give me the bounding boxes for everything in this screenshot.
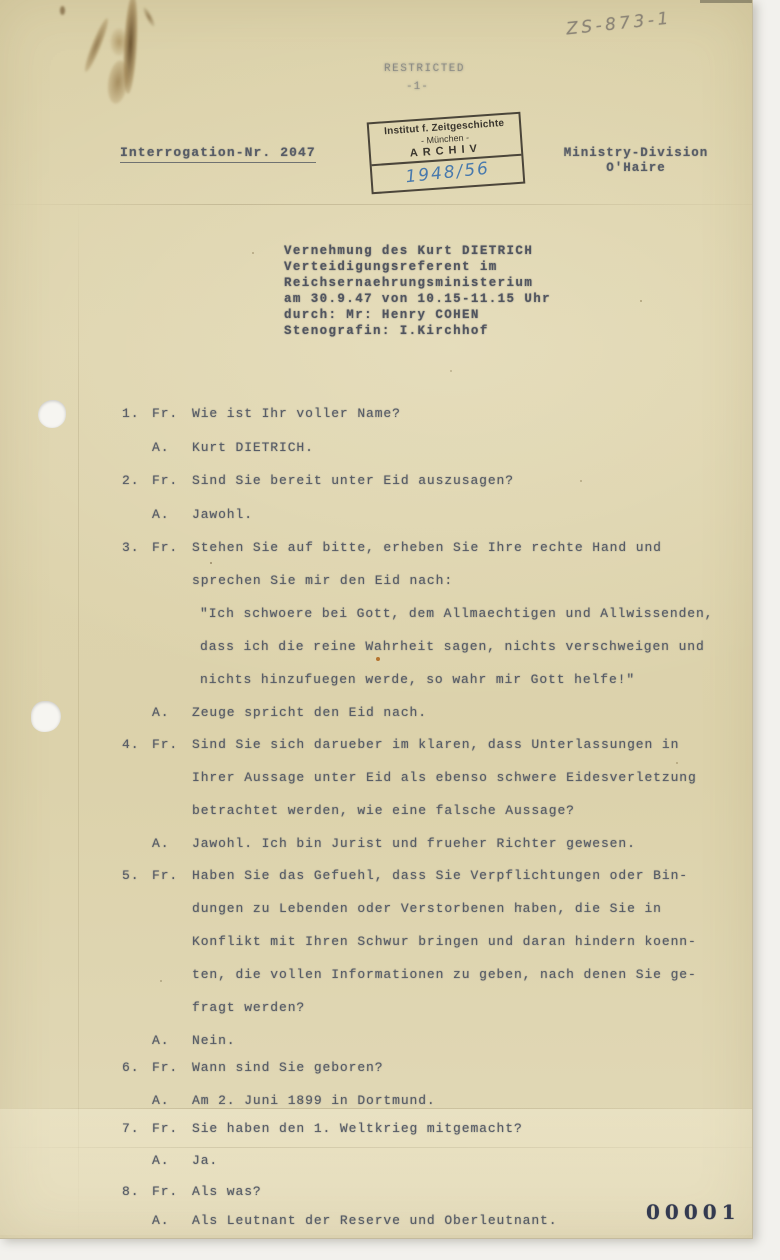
qa-answer-line: A.Zeuge spricht den Eid nach. — [122, 705, 427, 720]
oath-text: nichts hinzufuegen werde, so wahr mir Go… — [200, 672, 635, 687]
oath-text: dass ich die reine Wahrheit sagen, nicht… — [200, 639, 705, 654]
question-label: Fr. — [152, 1184, 192, 1199]
question-text: betrachtet werden, wie eine falsche Auss… — [192, 803, 575, 818]
answer-number-spacer — [122, 1093, 152, 1108]
qa-answer-line: A.Jawohl. — [122, 507, 253, 522]
fold-crease — [78, 200, 79, 1238]
header-line-stenographer: Stenografin: I.Kirchhof — [284, 323, 551, 339]
qa-answer-line: A.Ja. — [122, 1153, 218, 1168]
question-text: Sind Sie sich darueber im klaren, dass U… — [192, 737, 679, 752]
question-number: 2. — [122, 473, 152, 488]
ministry-division-line2: O'Haire — [551, 161, 721, 176]
paper-specks — [0, 0, 2, 2]
ink-stain — [60, 6, 65, 15]
qa-question-line: 5.Fr.Haben Sie das Gefuehl, dass Sie Ver… — [122, 868, 688, 883]
ink-stain — [110, 28, 128, 56]
answer-number-spacer — [122, 507, 152, 522]
qa-oath-line: dass ich die reine Wahrheit sagen, nicht… — [200, 639, 705, 654]
answer-label: A. — [152, 836, 192, 851]
scanned-document: ZS-873-1 RESTRICTED -1- Interrogation-Nr… — [0, 0, 780, 1260]
qa-oath-line: "Ich schwoere bei Gott, dem Allmaechtige… — [200, 606, 713, 621]
header-line-role: Verteidigungsreferent im — [284, 259, 551, 275]
qa-question-line: 4.Fr.Sind Sie sich darueber im klaren, d… — [122, 737, 679, 752]
question-label: Fr. — [152, 473, 192, 488]
question-text: Wie ist Ihr voller Name? — [192, 406, 401, 421]
qa-answer-line: A.Am 2. Juni 1899 in Dortmund. — [122, 1093, 436, 1108]
question-number: 7. — [122, 1121, 152, 1136]
question-text: Stehen Sie auf bitte, erheben Sie Ihre r… — [192, 540, 662, 555]
question-text: Ihrer Aussage unter Eid als ebenso schwe… — [192, 770, 697, 785]
page-marker: -1- — [406, 81, 429, 93]
answer-number-spacer — [122, 1033, 152, 1048]
qa-answer-line: A.Jawohl. Ich bin Jurist und frueher Ric… — [122, 836, 636, 851]
qa-question-line: 3.Fr.Stehen Sie auf bitte, erheben Sie I… — [122, 540, 662, 555]
punch-hole — [38, 400, 66, 428]
question-label: Fr. — [152, 868, 192, 883]
answer-text: Kurt DIETRICH. — [192, 440, 314, 455]
question-text: ten, die vollen Informationen zu geben, … — [192, 967, 697, 982]
qa-question-line: dungen zu Lebenden oder Verstorbenen hab… — [192, 901, 662, 916]
qa-question-line: sprechen Sie mir den Eid nach: — [192, 573, 453, 588]
answer-label: A. — [152, 507, 192, 522]
handwritten-archive-ref: ZS-873-1 — [565, 9, 672, 40]
answer-text: Jawohl. — [192, 507, 253, 522]
qa-question-line: 2.Fr.Sind Sie bereit unter Eid auszusage… — [122, 473, 514, 488]
answer-number-spacer — [122, 836, 152, 851]
header-line-ministry: Reichsernaehrungsministerium — [284, 275, 551, 291]
answer-number-spacer — [122, 440, 152, 455]
interrogation-number: Interrogation-Nr. 2047 — [120, 145, 316, 163]
answer-label: A. — [152, 705, 192, 720]
qa-answer-line: A.Kurt DIETRICH. — [122, 440, 314, 455]
ink-stain — [81, 16, 111, 73]
answer-text: Zeuge spricht den Eid nach. — [192, 705, 427, 720]
qa-question-line: ten, die vollen Informationen zu geben, … — [192, 967, 697, 982]
question-number: 6. — [122, 1060, 152, 1075]
question-label: Fr. — [152, 1060, 192, 1075]
oath-text: "Ich schwoere bei Gott, dem Allmaechtige… — [200, 606, 713, 621]
fold-crease — [0, 204, 752, 205]
header-line-datetime: am 30.9.47 von 10.15-11.15 Uhr — [284, 291, 551, 307]
punch-hole — [31, 701, 61, 732]
scan-edge-artifact — [700, 0, 752, 3]
header-line-subject: Vernehmung des Kurt DIETRICH — [284, 243, 551, 259]
question-number: 4. — [122, 737, 152, 752]
question-label: Fr. — [152, 540, 192, 555]
qa-question-line: fragt werden? — [192, 1000, 305, 1015]
answer-label: A. — [152, 1153, 192, 1168]
question-label: Fr. — [152, 737, 192, 752]
qa-question-line: Konflikt mit Ihren Schwur bringen und da… — [192, 934, 697, 949]
qa-question-line: 8.Fr.Als was? — [122, 1184, 262, 1199]
question-number: 3. — [122, 540, 152, 555]
answer-number-spacer — [122, 1153, 152, 1168]
document-header-block: Vernehmung des Kurt DIETRICH Verteidigun… — [284, 243, 551, 339]
ink-stain — [141, 6, 157, 28]
question-text: Sie haben den 1. Weltkrieg mitgemacht? — [192, 1121, 523, 1136]
qa-question-line: betrachtet werden, wie eine falsche Auss… — [192, 803, 575, 818]
ministry-division: Ministry-Division O'Haire — [551, 146, 721, 176]
page-number-stamp: 00001 — [646, 1200, 741, 1224]
question-text: Haben Sie das Gefuehl, dass Sie Verpflic… — [192, 868, 688, 883]
answer-label: A. — [152, 1033, 192, 1048]
archive-stamp: Institut f. Zeitgeschichte - München - A… — [367, 112, 526, 195]
answer-text: Nein. — [192, 1033, 236, 1048]
question-label: Fr. — [152, 406, 192, 421]
answer-label: A. — [152, 1093, 192, 1108]
answer-text: Ja. — [192, 1153, 218, 1168]
answer-text: Als Leutnant der Reserve und Oberleutnan… — [192, 1213, 557, 1228]
qa-answer-line: A.Als Leutnant der Reserve und Oberleutn… — [122, 1213, 557, 1228]
question-number: 5. — [122, 868, 152, 883]
question-text: sprechen Sie mir den Eid nach: — [192, 573, 453, 588]
question-text: Als was? — [192, 1184, 262, 1199]
question-number: 8. — [122, 1184, 152, 1199]
question-text: Sind Sie bereit unter Eid auszusagen? — [192, 473, 514, 488]
question-text: fragt werden? — [192, 1000, 305, 1015]
answer-text: Am 2. Juni 1899 in Dortmund. — [192, 1093, 436, 1108]
stamp-handwritten-number: 1948/56 — [404, 159, 490, 188]
classification-marking: RESTRICTED — [384, 63, 465, 75]
qa-question-line: 6.Fr.Wann sind Sie geboren? — [122, 1060, 383, 1075]
answer-text: Jawohl. Ich bin Jurist und frueher Richt… — [192, 836, 636, 851]
qa-oath-line: nichts hinzufuegen werde, so wahr mir Go… — [200, 672, 635, 687]
qa-answer-line: A.Nein. — [122, 1033, 236, 1048]
question-text: dungen zu Lebenden oder Verstorbenen hab… — [192, 901, 662, 916]
question-number: 1. — [122, 406, 152, 421]
answer-number-spacer — [122, 705, 152, 720]
answer-label: A. — [152, 1213, 192, 1228]
qa-question-line: 7.Fr.Sie haben den 1. Weltkrieg mitgemac… — [122, 1121, 523, 1136]
question-text: Wann sind Sie geboren? — [192, 1060, 383, 1075]
qa-question-line: 1.Fr.Wie ist Ihr voller Name? — [122, 406, 401, 421]
answer-label: A. — [152, 440, 192, 455]
paper-sheet: ZS-873-1 RESTRICTED -1- Interrogation-Nr… — [0, 0, 753, 1239]
header-line-interrogator: durch: Mr: Henry COHEN — [284, 307, 551, 323]
question-label: Fr. — [152, 1121, 192, 1136]
qa-question-line: Ihrer Aussage unter Eid als ebenso schwe… — [192, 770, 697, 785]
ministry-division-line1: Ministry-Division — [551, 146, 721, 161]
question-text: Konflikt mit Ihren Schwur bringen und da… — [192, 934, 697, 949]
answer-number-spacer — [122, 1213, 152, 1228]
